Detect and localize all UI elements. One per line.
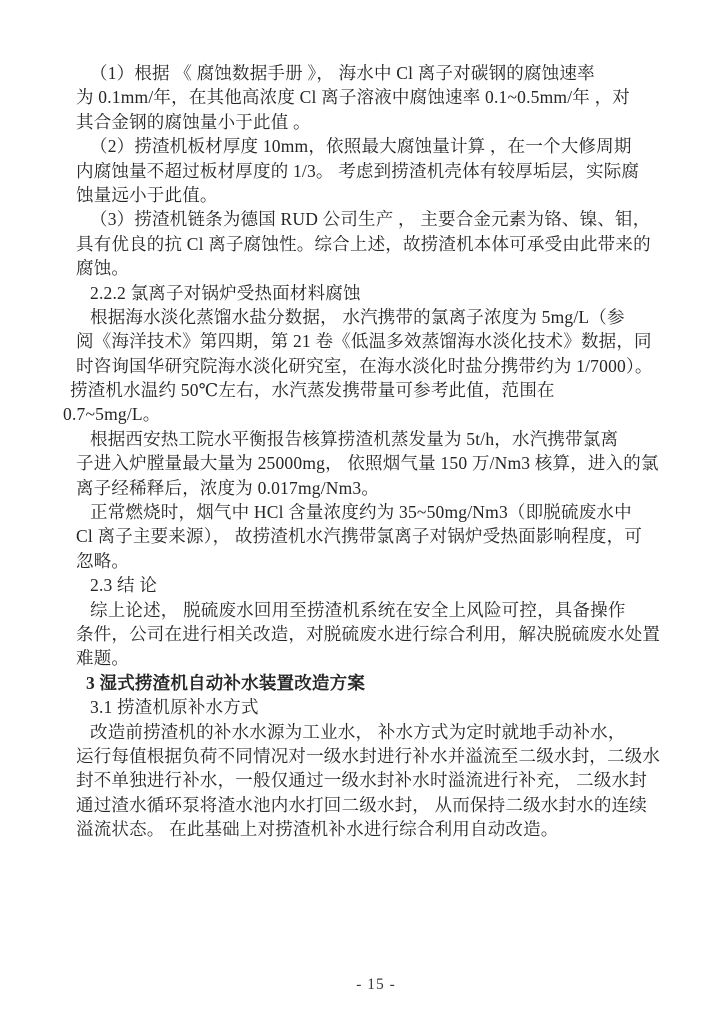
text-line: 具有优良的抗 Cl 离子腐蚀性。综合上述，故捞渣机本体可承受由此带来的 bbox=[76, 232, 658, 256]
text-line: 3.1 捞渣机原补水方式 bbox=[76, 695, 658, 719]
text-line: 忽略。 bbox=[76, 549, 658, 573]
text-line: 时咨询国华研究院海水淡化研究室，在海水淡化时盐分携带约为 1/7000）。 bbox=[76, 354, 658, 378]
text-line: 捞渣机水温约 50℃左右，水汽蒸发携带量可参考此值，范围在 bbox=[70, 378, 658, 402]
text-line: 封不单独进行补水，一般仅通过一级水封补水时溢流进行补充， 二级水封 bbox=[76, 768, 658, 792]
text-line: Cl 离子主要来源）， 故捞渣机水汽携带氯离子对锅炉受热面影响程度，可 bbox=[76, 524, 658, 548]
page-footer: - 15 - bbox=[14, 976, 724, 994]
text-line: 内腐蚀量不超过板材厚度的 1/3。 考虑到捞渣机壳体有较厚垢层，实际腐 bbox=[76, 159, 658, 183]
text-line: 其合金钢的腐蚀量小于此值 。 bbox=[76, 110, 658, 134]
text-line: 改造前捞渣机的补水水源为工业水， 补水方式为定时就地手动补水， bbox=[76, 720, 658, 744]
text-line: 正常燃烧时，烟气中 HCl 含量浓度约为 35~50mg/Nm3（即脱硫废水中 bbox=[76, 500, 658, 524]
text-line: 子进入炉膛量最大量为 25000mg， 依照烟气量 150 万/Nm3 核算，进… bbox=[76, 451, 658, 475]
text-line: 2.3 结 论 bbox=[76, 573, 658, 597]
text-line: 根据海水淡化蒸馏水盐分数据， 水汽携带的氯离子浓度为 5mg/L（参 bbox=[76, 305, 658, 329]
text-line: 溢流状态。 在此基础上对捞渣机补水进行综合利用自动改造。 bbox=[76, 817, 658, 841]
text-line: 蚀量远小于此值。 bbox=[76, 183, 658, 207]
section-heading: 3 湿式捞渣机自动补水装置改造方案 bbox=[76, 671, 658, 695]
text-line: 2.2.2 氯离子对锅炉受热面材料腐蚀 bbox=[76, 281, 658, 305]
text-line: （3）捞渣机链条为德国 RUD 公司生产 ， 主要合金元素为铬、镍、钼， bbox=[76, 207, 658, 231]
text-line: 根据西安热工院水平衡报告核算捞渣机蒸发量为 5t/h，水汽携带氯离 bbox=[76, 427, 658, 451]
text-line: 阅《海洋技术》第四期，第 21 卷《低温多效蒸馏海水淡化技术》数据，同 bbox=[76, 329, 658, 353]
document-page: （1）根据 《 腐蚀数据手册 》， 海水中 Cl 离子对碳钢的腐蚀速率为 0.1… bbox=[0, 0, 724, 1024]
text-line: 0.7~5mg/L。 bbox=[63, 402, 658, 426]
text-line: 运行每值根据负荷不同情况对一级水封进行补水并溢流至二级水封，二级水 bbox=[76, 744, 658, 768]
page-number: - 15 - bbox=[356, 976, 396, 993]
text-line: 条件，公司在进行相关改造，对脱硫废水进行综合利用，解决脱硫废水处置 bbox=[76, 622, 658, 646]
text-line: 通过渣水循环泵将渣水池内水打回二级水封， 从而保持二级水封水的连续 bbox=[76, 793, 658, 817]
text-line: 综上论述， 脱硫废水回用至捞渣机系统在安全上风险可控，具备操作 bbox=[76, 598, 658, 622]
text-line: 腐蚀。 bbox=[76, 256, 658, 280]
text-line: 难题。 bbox=[76, 646, 658, 670]
text-line: 为 0.1mm/年，在其他高浓度 Cl 离子溶液中腐蚀速率 0.1~0.5mm/… bbox=[76, 85, 658, 109]
text-line: （2）捞渣机板材厚度 10mm，依照最大腐蚀量计算 ，在一个大修周期 bbox=[76, 134, 658, 158]
text-line: （1）根据 《 腐蚀数据手册 》， 海水中 Cl 离子对碳钢的腐蚀速率 bbox=[76, 61, 658, 85]
text-line: 离子经稀释后，浓度为 0.017mg/Nm3。 bbox=[76, 476, 658, 500]
document-body: （1）根据 《 腐蚀数据手册 》， 海水中 Cl 离子对碳钢的腐蚀速率为 0.1… bbox=[76, 61, 658, 842]
